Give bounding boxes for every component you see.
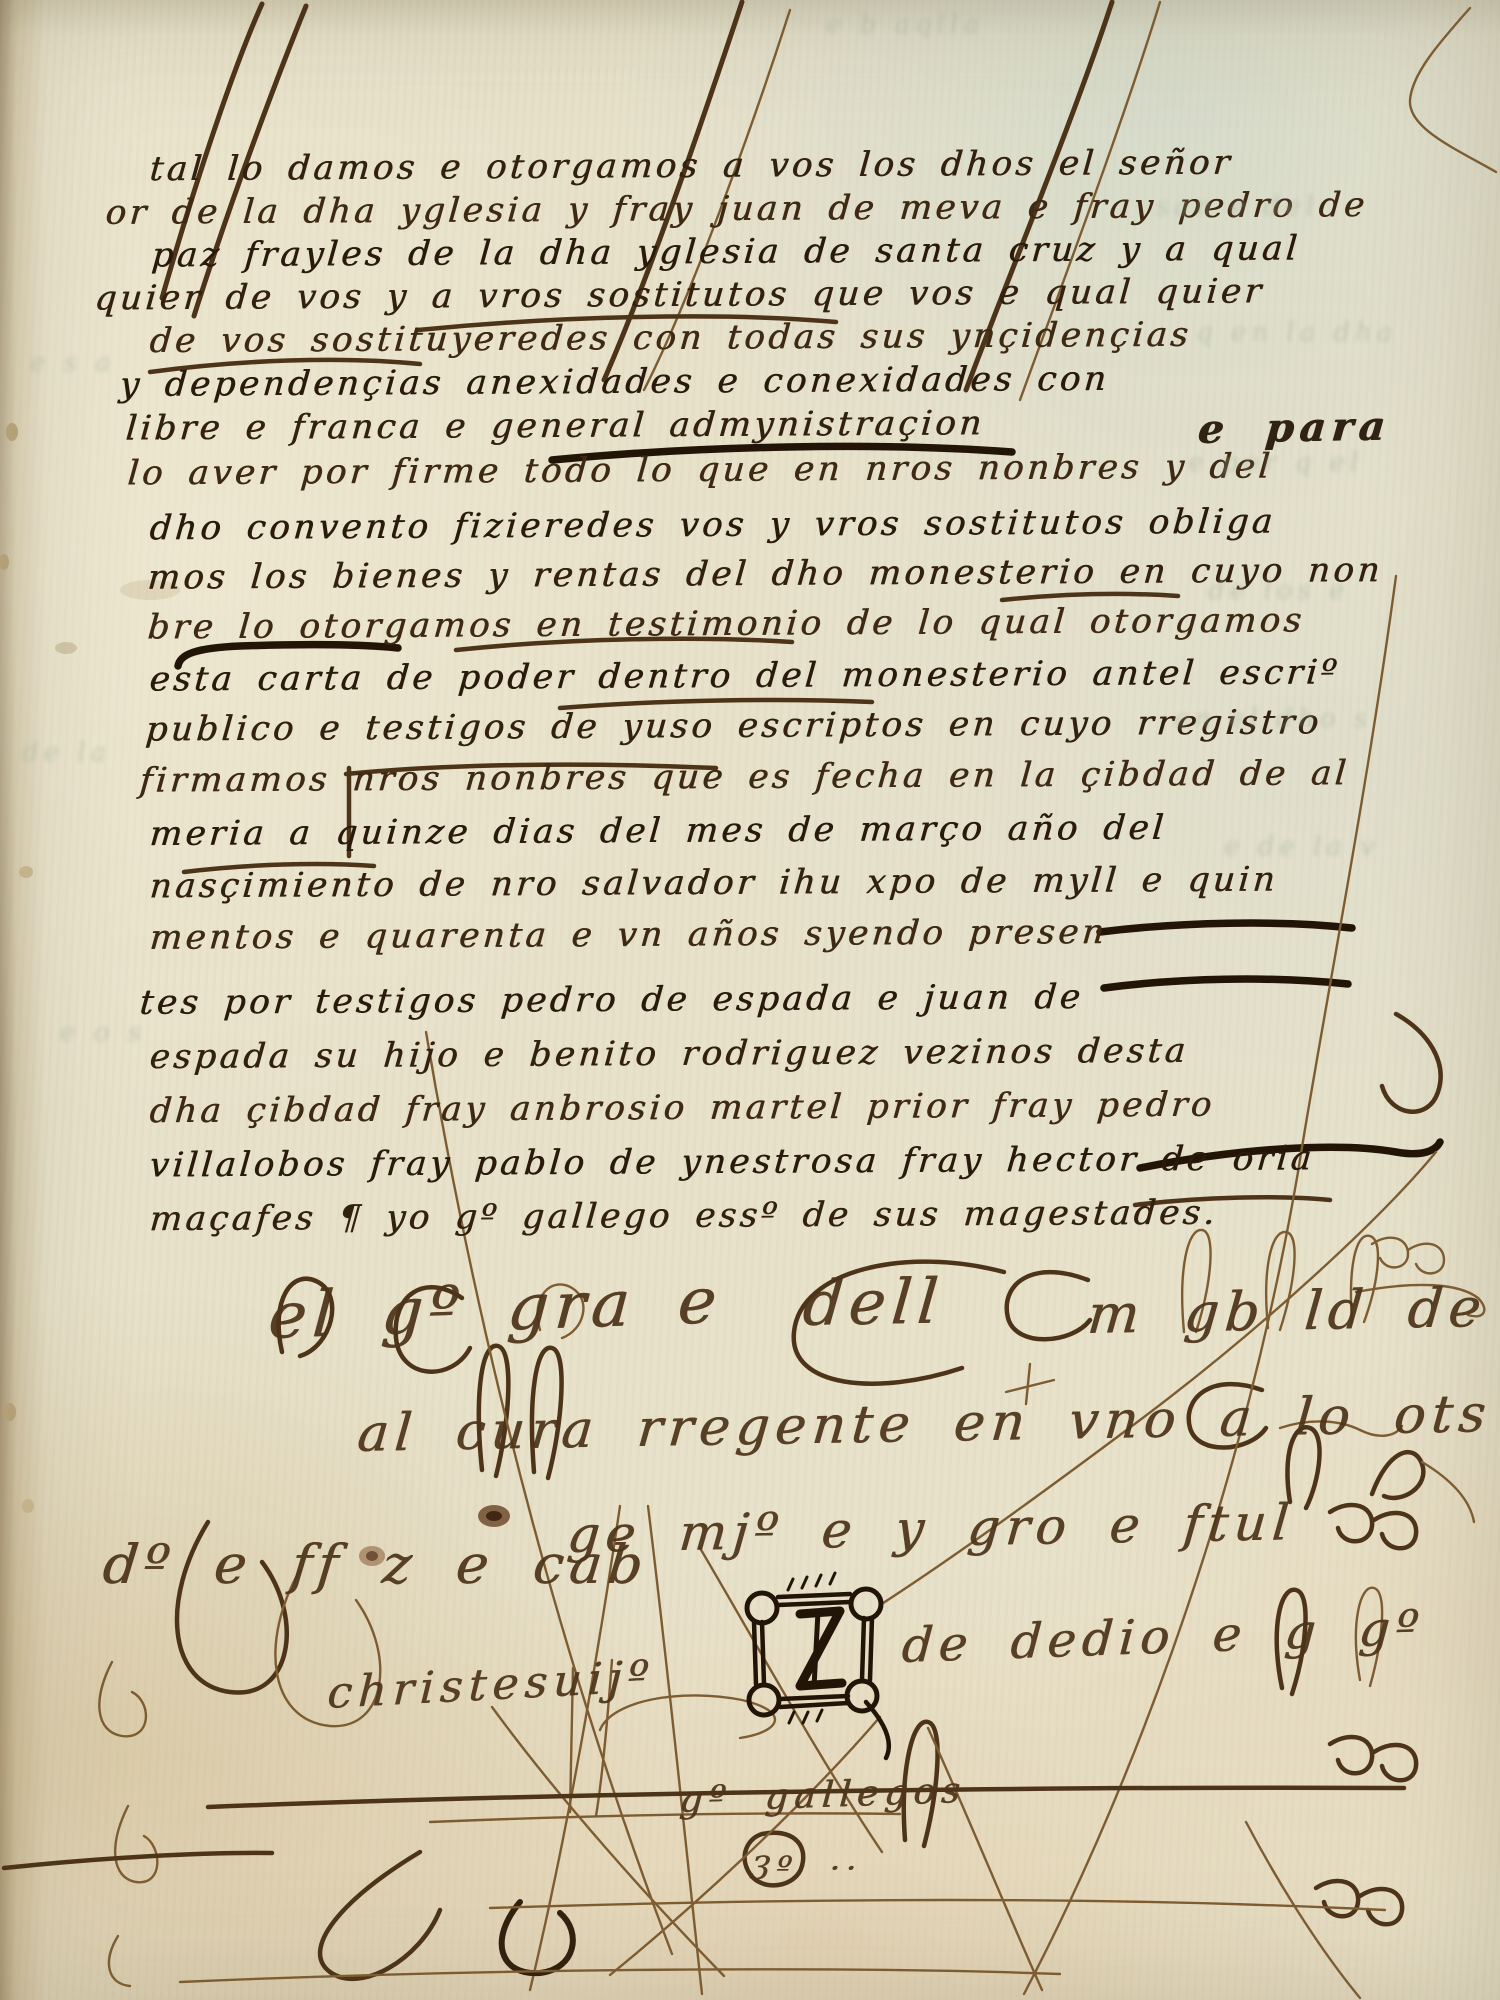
- manuscript-line-13: publico e testigos de yuso escriptos en …: [144, 702, 1323, 749]
- manuscript-line-19: espada su hijo e benito rodriguez vezino…: [148, 1031, 1190, 1077]
- bleedthrough-mark-3: q en la dha: [1196, 318, 1397, 348]
- manuscript-line-18: tes por testigos pedro de espada e juan …: [138, 977, 1085, 1023]
- manuscript-line-5: de vos sostituyeredes con todas sus ynçi…: [148, 315, 1193, 361]
- signature-fragment-4: m gb ld de: [1085, 1276, 1489, 1346]
- manuscript-line-10: mos los bienes y rentas del dho monester…: [146, 550, 1384, 598]
- manuscript-line-9: dho convento fizieredes vos y vros sosti…: [148, 502, 1277, 549]
- manuscript-line-1: tal lo damos e otorgamos a vos los dhos …: [148, 143, 1234, 190]
- manuscript-line-3: paz frayles de la dha yglesia de santa c…: [150, 228, 1302, 275]
- manuscript-line-11: bre lo otorgamos en testimonio de lo qua…: [146, 600, 1306, 647]
- signature-fragment-3: dell: [800, 1264, 947, 1339]
- manuscript-line-16: nasçimiento de nro salvador ihu xpo de m…: [148, 860, 1280, 907]
- bleedthrough-mark-7: e de la v: [1224, 832, 1380, 862]
- bleedthrough-mark-6: en el dho s: [1174, 704, 1372, 734]
- manuscript-line-14: firmamos nros nonbres que es fecha en la…: [138, 753, 1351, 800]
- manuscript-line-6: y dependençias anexidades e conexidades …: [118, 359, 1111, 405]
- manuscript-line-22: maçafes ¶ yo gº gallego essº de sus mage…: [148, 1193, 1220, 1240]
- manuscript-line-12: esta carta de poder dentro del monesteri…: [148, 652, 1342, 699]
- manuscript-line-21: villalobos fray pablo de ynestrosa fray …: [148, 1138, 1316, 1185]
- bleedthrough-mark-8: e s a: [30, 348, 116, 378]
- bleedthrough-mark-5: de los e: [1208, 576, 1349, 606]
- bleedthrough-mark-4: e por q el: [1188, 448, 1363, 478]
- bold-word: e para: [1196, 402, 1393, 452]
- manuscript-line-4: quier de vos y a vros sostitutos que vos…: [93, 271, 1266, 318]
- manuscript-line-17: mentos e quarenta e vn años syendo prese…: [148, 912, 1109, 958]
- bleedthrough-mark-1: e b aqlla: [826, 10, 984, 40]
- manuscript-page: tal lo damos e otorgamos a vos los dhos …: [0, 0, 1500, 2000]
- manuscript-line-20: dha çibdad fray anbrosio martel prior fr…: [148, 1085, 1216, 1132]
- page-edge-holes: [0, 423, 34, 1513]
- manuscript-line-15: meria a quinze dias del mes de março año…: [148, 808, 1168, 854]
- bleedthrough-mark-10: e o s: [60, 1018, 146, 1048]
- bleedthrough-mark-9: de la: [22, 738, 111, 768]
- manuscript-line-8: lo aver por firme todo lo que en nros no…: [126, 447, 1274, 494]
- signature-fragment-11: 3º ··: [748, 1849, 864, 1887]
- bleedthrough-mark-2: san e del: [1156, 192, 1319, 222]
- manuscript-line-7: libre e franca e general admynistraçion: [124, 403, 986, 448]
